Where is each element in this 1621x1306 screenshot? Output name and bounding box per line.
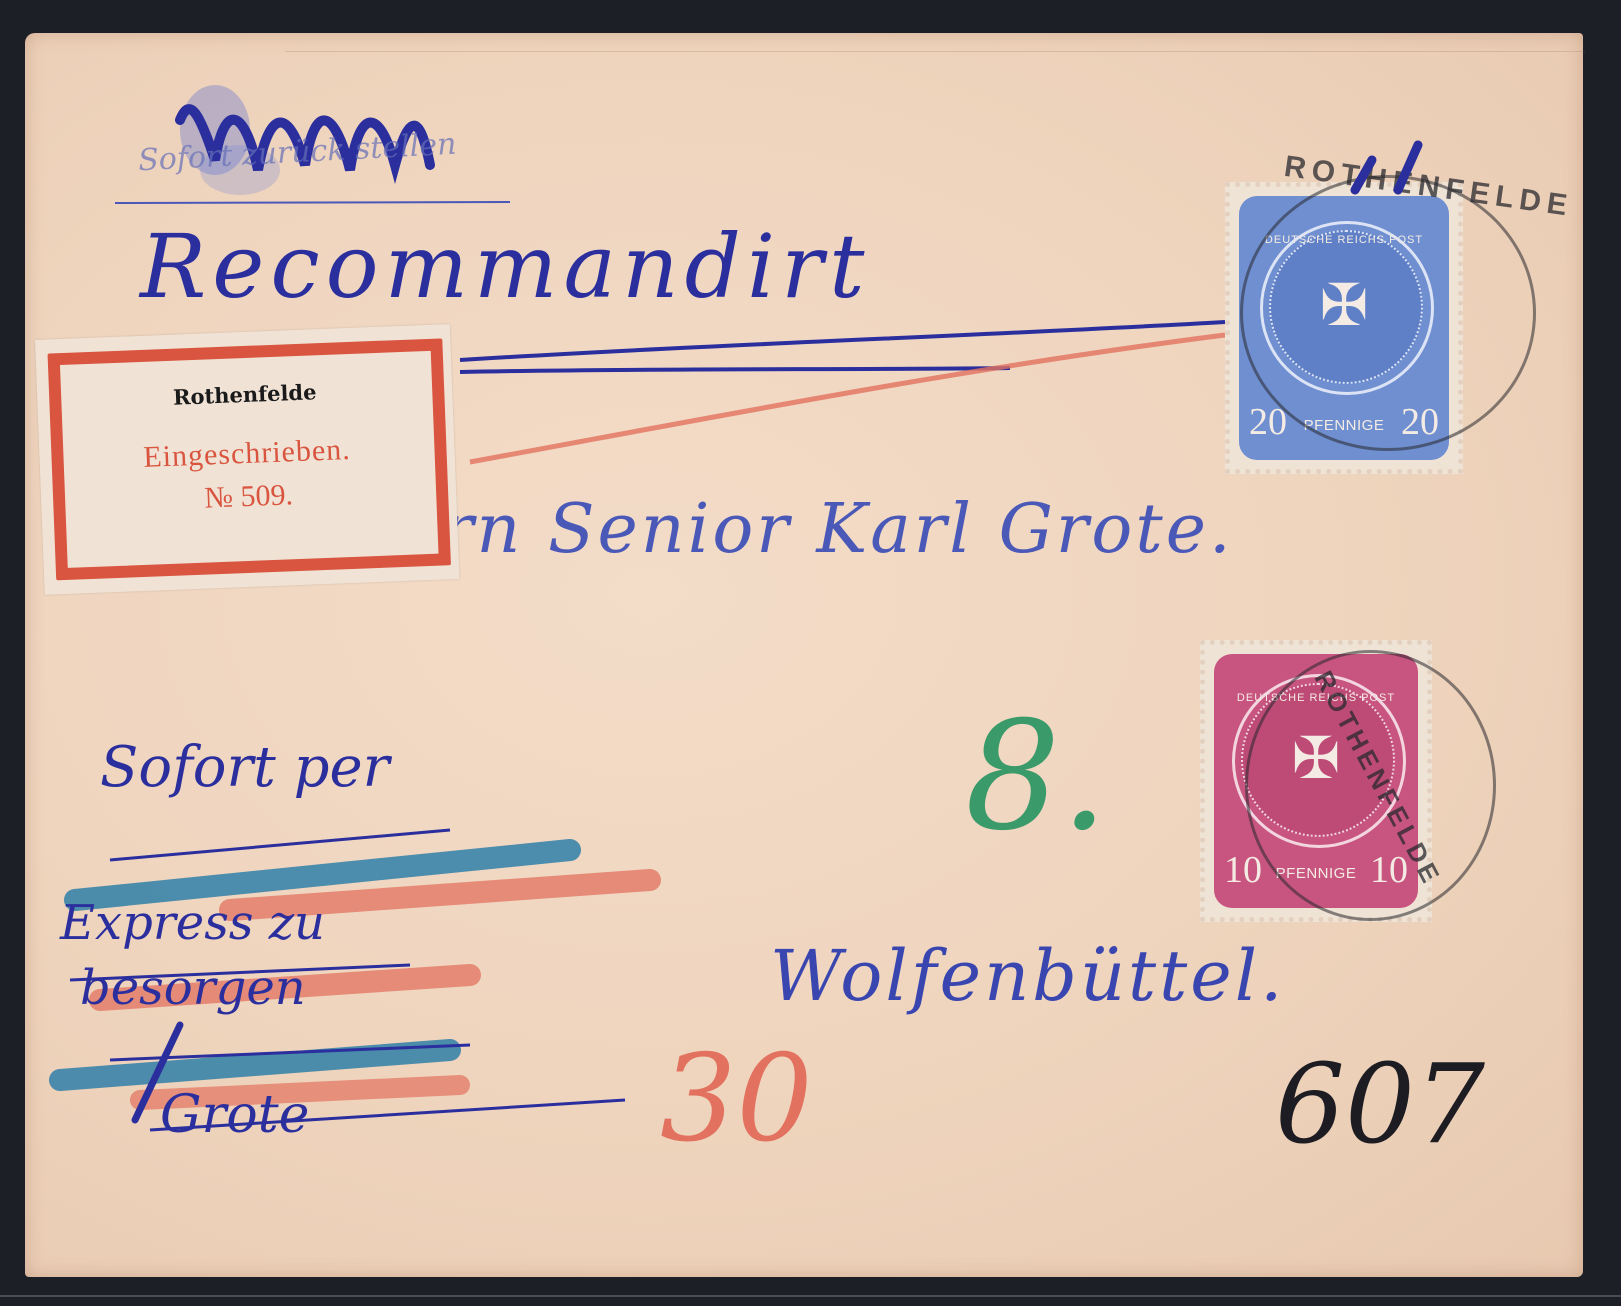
postmark-cancel-2: ROTHENFELDE bbox=[1245, 650, 1496, 921]
